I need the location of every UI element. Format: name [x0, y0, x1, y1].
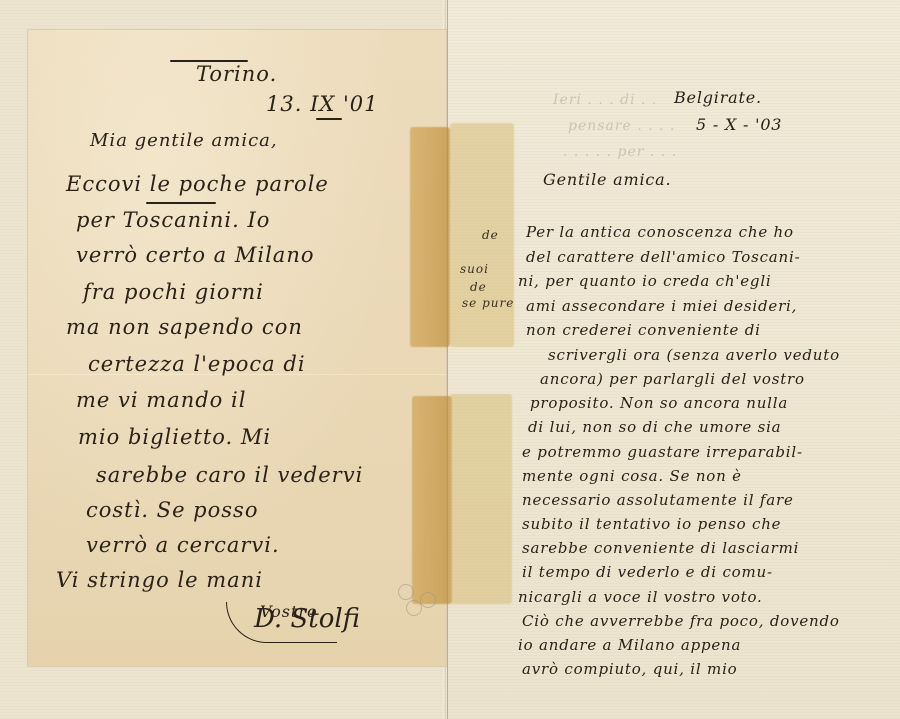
hole-mark: [398, 584, 414, 600]
right-letter-sheet: Ieri . . . di . . pensare . . . . . . . …: [447, 0, 900, 719]
right-body-line: il tempo di vederlo e di comu-: [522, 563, 773, 581]
left-letter-place: Torino.: [196, 62, 277, 86]
margin-note: de: [482, 228, 499, 242]
left-body-line: sarebbe caro il vedervi: [96, 463, 363, 487]
left-body-line: verrò a cercarvi.: [86, 533, 280, 557]
right-body-line: scrivergli ora (senza averlo veduto: [548, 346, 840, 364]
right-body-line: ancora) per parlargli del vostro: [540, 370, 805, 388]
tape-strip: [450, 394, 512, 604]
right-body-line: necessario assolutamente il fare: [522, 491, 794, 509]
margin-note: de: [470, 280, 487, 294]
right-body-line: sarebbe conveniente di lasciarmi: [522, 539, 799, 557]
right-body-line: io andare a Milano appena: [518, 636, 741, 654]
right-letter-salutation: Gentile amica.: [543, 170, 671, 189]
tape-strip: [412, 396, 452, 604]
right-body-line: proposito. Non so ancora nulla: [530, 394, 788, 412]
right-body-line: ami assecondare i miei desideri,: [526, 297, 797, 315]
left-body-line: Vi stringo le mani: [56, 568, 263, 592]
right-body-line: Ciò che avverrebbe fra poco, dovendo: [522, 612, 840, 630]
bleed-through-text: . . . . . per . . .: [563, 144, 677, 160]
tape-strip: [410, 127, 450, 347]
margin-note: se pure: [462, 296, 514, 310]
left-body-line: Eccovi le poche parole: [66, 172, 329, 196]
document-photo: Ieri . . . di . . pensare . . . . . . . …: [0, 0, 900, 719]
right-body-line: Per la antica conoscenza che ho: [526, 223, 794, 241]
bleed-through-text: Ieri . . . di . .: [553, 92, 657, 108]
bleed-through-text: pensare . . . .: [568, 118, 675, 134]
right-body-line: non crederei conveniente di: [526, 321, 761, 339]
right-letter-place: Belgirate.: [674, 88, 762, 107]
left-body-line: certezza l'epoca di: [88, 352, 306, 376]
left-body-line: ma non sapendo con: [66, 315, 303, 339]
left-letter-date: 13. IX '01: [266, 92, 379, 116]
right-body-line: nicargli a voce il vostro voto.: [518, 588, 763, 606]
left-body-line: me vi mando il: [76, 388, 246, 412]
left-letter-salutation: Mia gentile amica,: [90, 130, 278, 151]
right-body-line: ni, per quanto io creda ch'egli: [518, 272, 772, 290]
right-body-line: e potremmo guastare irreparabil-: [522, 443, 803, 461]
left-body-line: fra pochi giorni: [83, 280, 264, 304]
margin-note: suoi: [460, 262, 489, 276]
right-body-line: subito il tentativo io penso che: [522, 515, 781, 533]
right-letter-date: 5 - X - '03: [696, 115, 782, 134]
hole-mark: [420, 592, 436, 608]
right-body-line: del carattere dell'amico Toscani-: [526, 248, 800, 266]
right-body-line: avrò compiuto, qui, il mio: [522, 660, 738, 678]
overline-mark: [146, 202, 216, 204]
left-body-line: costì. Se posso: [86, 498, 258, 522]
left-body-line: mio biglietto. Mi: [78, 425, 271, 449]
date-underline: [316, 118, 342, 120]
left-letter-card: Torino. 13. IX '01 Mia gentile amica, Ec…: [28, 30, 446, 666]
right-body-line: di lui, non so di che umore sia: [528, 418, 781, 436]
left-body-line: per Toscanini. Io: [76, 208, 270, 232]
left-body-line: verrò certo a Milano: [76, 243, 315, 267]
right-body-line: mente ogni cosa. Se non è: [522, 467, 742, 485]
signature: D. Stolfi: [254, 604, 360, 634]
